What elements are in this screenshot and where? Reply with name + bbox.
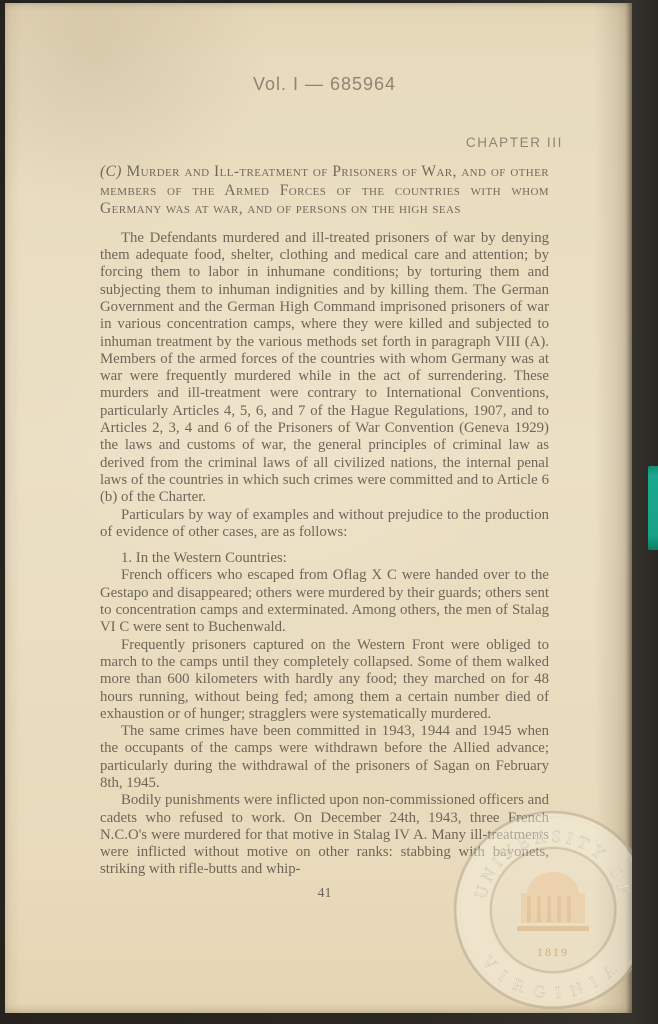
paragraph: Bodily punishments were inflicted upon n… bbox=[100, 792, 549, 878]
paragraph: Frequently prisoners captured on the Wes… bbox=[100, 637, 549, 723]
book-page: Vol. I — 685964 CHAPTER III (C) Murder a… bbox=[5, 3, 632, 1013]
section-letter: (C) bbox=[100, 163, 122, 180]
paragraph: The Defendants murdered and ill-treated … bbox=[100, 230, 549, 507]
body-text: The Defendants murdered and ill-treated … bbox=[100, 230, 549, 879]
chapter-label: CHAPTER III bbox=[100, 135, 563, 150]
paragraph: The same crimes have been committed in 1… bbox=[100, 723, 549, 792]
bookmark-tab bbox=[648, 466, 658, 550]
page-content: Vol. I — 685964 CHAPTER III (C) Murder a… bbox=[100, 3, 549, 902]
volume-stamp: Vol. I — 685964 bbox=[100, 74, 549, 95]
page-number: 41 bbox=[100, 886, 549, 902]
paragraph: Particulars by way of examples and witho… bbox=[100, 507, 549, 542]
seal-year: 1819 bbox=[537, 945, 569, 959]
seal-bottom-arc-text: VIRGINIA bbox=[478, 952, 627, 1003]
section-heading: (C) Murder and Ill-treatment of Prisoner… bbox=[100, 163, 549, 219]
section-heading-text: Murder and Ill-treatment of Prisoners of… bbox=[100, 163, 549, 217]
numbered-item: 1. In the Western Countries: bbox=[100, 550, 549, 567]
paragraph: French officers who escaped from Oflag X… bbox=[100, 567, 549, 636]
